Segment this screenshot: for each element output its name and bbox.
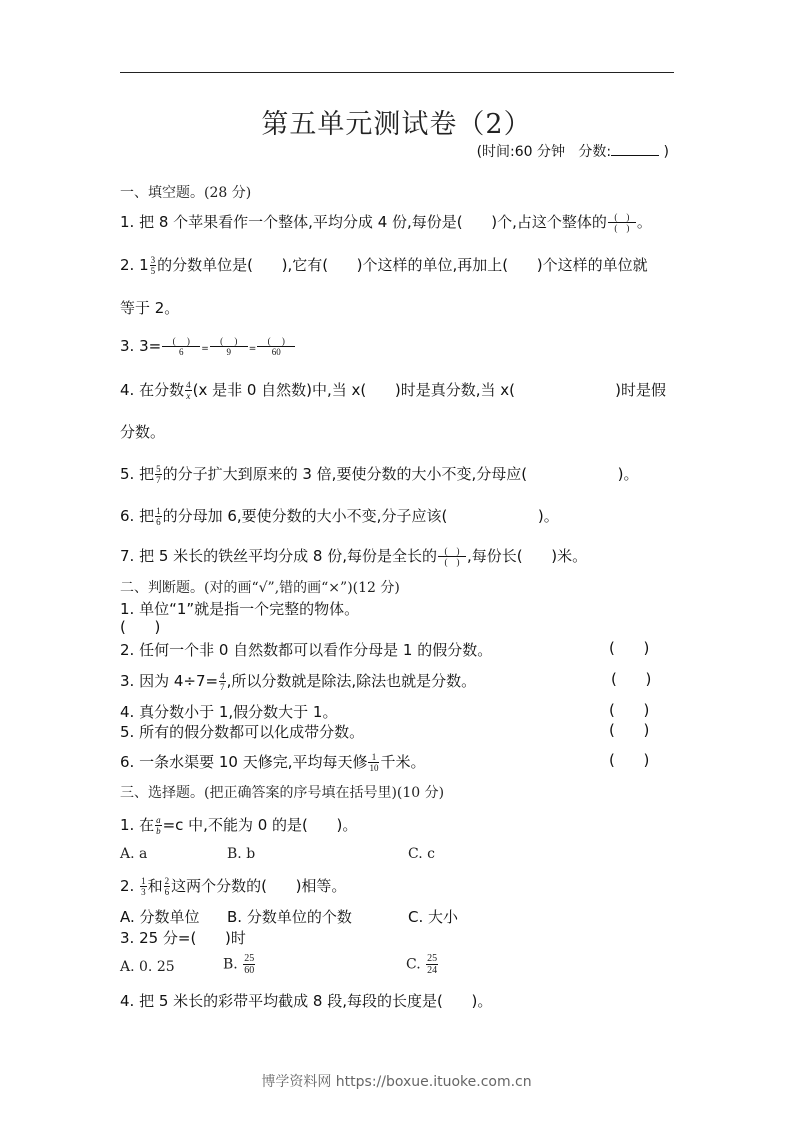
s3-question-4: 4. 把 5 米长的彩带平均截成 8 段,每段的长度是( )。 <box>120 990 492 1011</box>
fraction: 4x <box>185 380 192 401</box>
section3-heading: 三、选择题。(把正确答案的序号填在括号里)(10 分) <box>120 782 444 802</box>
s3-question-2: 2. 13和26这两个分数的( )相等。 <box>120 875 346 897</box>
s1-question-2: 2. 135的分数单位是( ),它有( )个这样的单位,再加上( )个这样的单位… <box>120 254 648 276</box>
section1-heading: 一、填空题。(28 分) <box>120 182 251 202</box>
fraction[interactable]: ( )( ) <box>608 212 636 233</box>
meta-close: ) <box>659 144 669 160</box>
s3-q2-option-a[interactable]: A. 分数单位 <box>120 906 200 927</box>
s2-answer-3[interactable]: ( ) <box>611 670 651 688</box>
s2-answer-1[interactable]: ( ) <box>120 618 160 636</box>
page-title: 第五单元测试卷（2） <box>0 102 793 141</box>
s3-q3-option-c[interactable]: C. 2524 <box>406 953 439 976</box>
s1-question-4-cont: 分数。 <box>120 421 165 442</box>
s3-q1-option-c[interactable]: C. c <box>408 846 435 862</box>
fraction: ab <box>155 815 162 836</box>
s1-question-2-cont: 等于 2。 <box>120 297 179 318</box>
footer-watermark: 博学资料网 https://boxue.ituoke.com.cn <box>0 1071 793 1091</box>
fraction[interactable]: ( )60 <box>257 336 295 357</box>
s2-answer-6[interactable]: ( ) <box>609 751 649 769</box>
meta-time: (时间:60 分钟 分数: <box>477 144 612 160</box>
s2-item-4: 4. 真分数小于 1,假分数大于 1。 <box>120 701 337 722</box>
s3-q1-option-b[interactable]: B. b <box>227 846 255 862</box>
fraction: 35 <box>150 255 157 276</box>
s3-q3-option-b[interactable]: B. 2560 <box>223 953 256 976</box>
s3-q1-option-a[interactable]: A. a <box>120 846 147 862</box>
fraction: 2560 <box>243 953 255 976</box>
fraction: 2524 <box>426 953 438 976</box>
s2-answer-5[interactable]: ( ) <box>609 721 649 739</box>
exam-meta: (时间:60 分钟 分数: ) <box>477 141 669 161</box>
s2-answer-2[interactable]: ( ) <box>609 639 649 657</box>
s2-item-5: 5. 所有的假分数都可以化成带分数。 <box>120 721 364 742</box>
s3-q3-option-a[interactable]: A. 0. 25 <box>120 959 175 975</box>
fraction: 26 <box>164 876 171 897</box>
s1-question-1: 1. 把 8 个苹果看作一个整体,平均分成 4 份,每份是( )个,占这个整体的… <box>120 211 652 233</box>
fraction[interactable]: ( )9 <box>210 336 248 357</box>
fraction[interactable]: ( )( ) <box>438 546 466 567</box>
s3-question-1: 1. 在ab=c 中,不能为 0 的是( )。 <box>120 814 357 836</box>
s3-question-3: 3. 25 分=( )时 <box>120 927 246 948</box>
fraction: 13 <box>140 876 147 897</box>
section2-heading: 二、判断题。(对的画“√”,错的画“×”)(12 分) <box>120 577 400 597</box>
s1-question-3: 3. 3=( )6=( )9=( )60 <box>120 336 296 357</box>
fraction: 47 <box>219 671 226 692</box>
fraction[interactable]: ( )6 <box>162 336 200 357</box>
s2-item-6: 6. 一条水渠要 10 天修完,平均每天修110千米。 <box>120 751 426 773</box>
s1-question-4: 4. 在分数4x(x 是非 0 自然数)中,当 x( )时是真分数,当 x( )… <box>120 379 666 401</box>
s2-item-1: 1. 单位“1”就是指一个完整的物体。 <box>120 598 359 619</box>
fraction: 16 <box>155 506 162 527</box>
s2-item-2: 2. 任何一个非 0 自然数都可以看作分母是 1 的假分数。 <box>120 639 492 660</box>
s1-question-5: 5. 把57的分子扩大到原来的 3 倍,要使分数的大小不变,分母应( )。 <box>120 463 639 485</box>
score-blank[interactable] <box>611 143 659 156</box>
s2-item-3: 3. 因为 4÷7=47,所以分数就是除法,除法也就是分数。 <box>120 670 476 692</box>
s2-answer-4[interactable]: ( ) <box>609 701 649 719</box>
s3-q2-option-b[interactable]: B. 分数单位的个数 <box>227 906 352 927</box>
header-rule <box>120 72 674 73</box>
s1-question-6: 6. 把16的分母加 6,要使分数的大小不变,分子应该( )。 <box>120 505 559 527</box>
s3-q2-option-c[interactable]: C. 大小 <box>408 906 458 927</box>
fraction: 57 <box>155 464 162 485</box>
fraction: 110 <box>368 752 379 773</box>
s1-question-7: 7. 把 5 米长的铁丝平均分成 8 份,每份是全长的( )( ),每份长( )… <box>120 545 587 567</box>
